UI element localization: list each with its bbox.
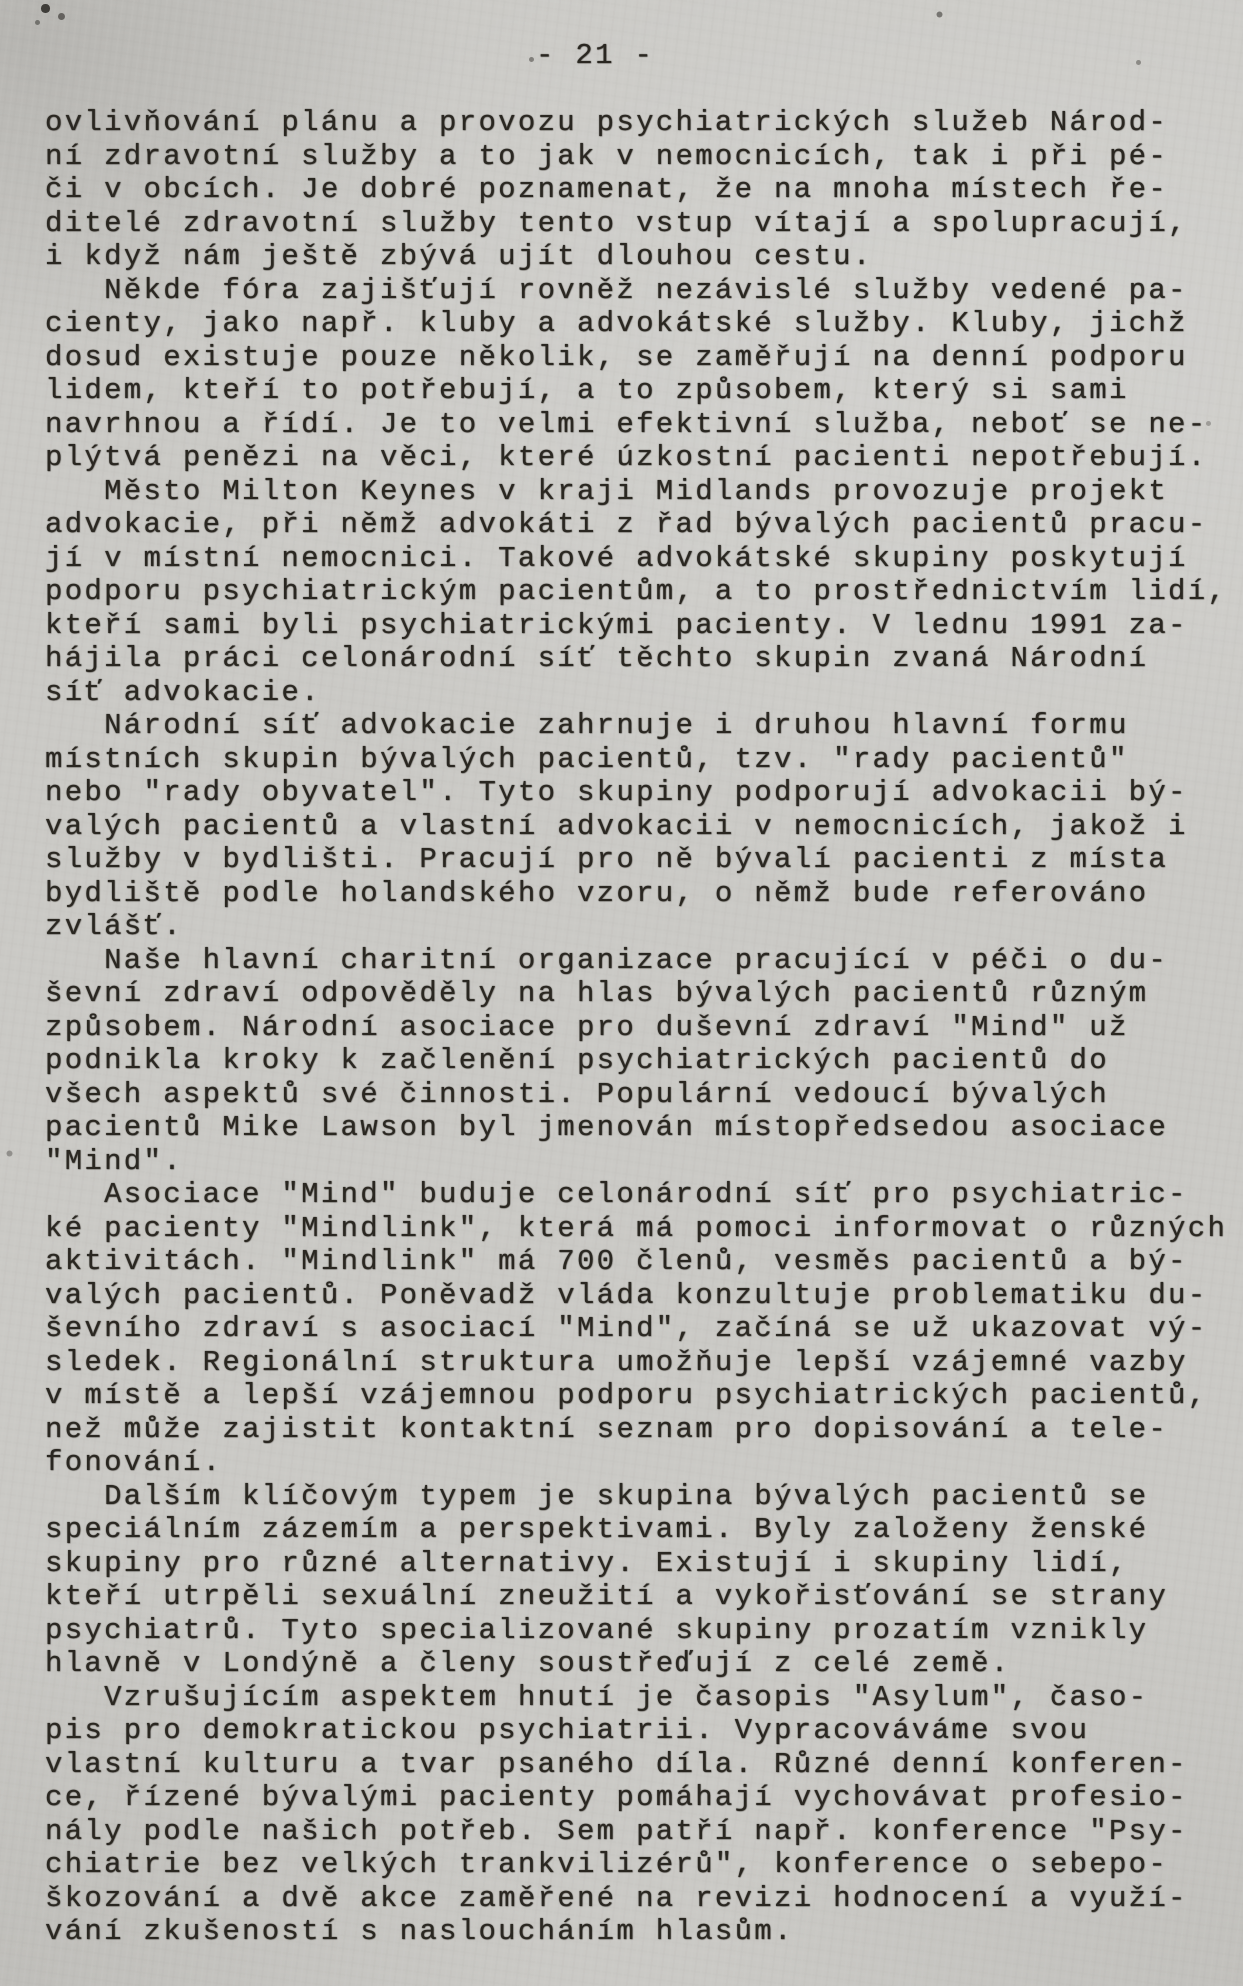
paragraph: Naše hlavní charitní organizace pracujíc… (45, 944, 1237, 1179)
paragraph: Někde fóra zajišťují rovněž nezávislé sl… (45, 274, 1237, 475)
page-number: - 21 - (536, 39, 654, 72)
document-body: ovlivňování plánu a provozu psychiatrick… (45, 106, 1237, 1949)
paragraph: Vzrušujícím aspektem hnutí je časopis "A… (45, 1681, 1237, 1949)
paper-specks (0, 0, 3, 3)
paragraph: Asociace "Mind" buduje celonárodní síť p… (45, 1178, 1237, 1480)
paragraph: Národní síť advokacie zahrnuje i druhou … (45, 709, 1237, 944)
scanned-document-page: - 21 - ovlivňování plánu a provozu psych… (0, 0, 1243, 1986)
paragraph: Město Milton Keynes v kraji Midlands pro… (45, 475, 1237, 710)
paragraph: Dalším klíčovým typem je skupina bývalýc… (45, 1480, 1237, 1681)
paragraph: ovlivňování plánu a provozu psychiatrick… (45, 106, 1237, 274)
